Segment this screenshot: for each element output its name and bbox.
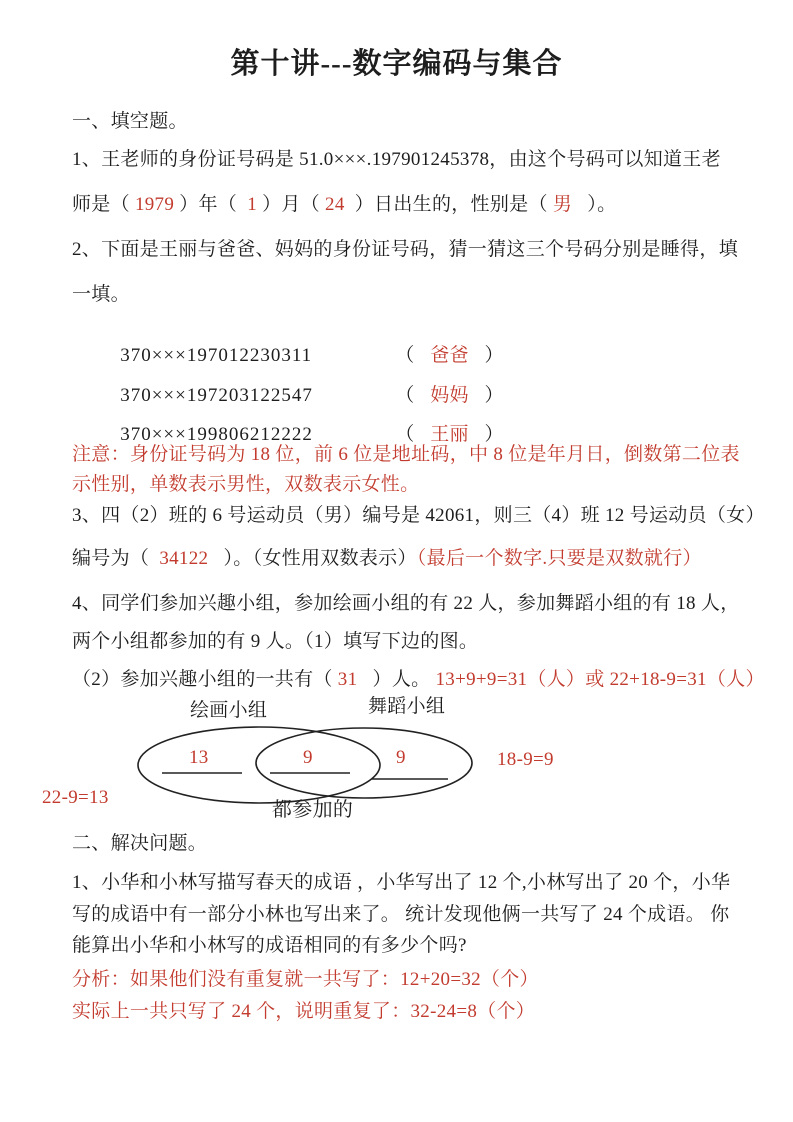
q1-line1: 1、王老师的身份证号码是 51.0×××.197901245378，由这个号码可… (72, 148, 721, 172)
venn-right-formula: 18-9=9 (497, 748, 554, 772)
text-segment: 13+9+9=31（人）或 22+18-9=31（人） (435, 669, 764, 690)
q3-line2-answer-blank: 编号为（ 34122 ）。（女性用双数表示）（最后一个数字.只要是双数就行） (72, 547, 702, 571)
venn-left-group-label: 绘画小组 (190, 699, 267, 723)
analysis-line2: 实际上一共只写了 24 个，说明重复了：32-24=8（个） (72, 1000, 535, 1024)
q4-line3-answer-blank: （2）参加兴趣小组的一共有（ 31 ）人。 13+9+9=31（人）或 22+1… (72, 668, 765, 692)
open-paren: （ (395, 424, 414, 445)
note-line2: 示性别，单数表示男性，双数表示女性。 (72, 473, 419, 497)
text-segment: 31 (338, 669, 358, 690)
worksheet-page: 第十讲---数字编码与集合 一、填空题。 1、王老师的身份证号码是 51.0××… (0, 0, 793, 1122)
text-segment: （2）参加兴趣小组的一共有（ (72, 669, 338, 690)
q4-line2: 两个小组都参加的有 9 人。（1）填写下边的图。 (72, 630, 478, 654)
text-segment: （最后一个数字.只要是双数就行） (417, 548, 702, 569)
q2-line1: 2、下面是王丽与爸爸、妈妈的身份证号码，猜一猜这三个号码分别是睡得，填 (72, 238, 738, 262)
venn-right-value: 9 (396, 746, 406, 770)
venn-left-formula: 22-9=13 (42, 786, 109, 810)
text-segment: ）。（女性用双数表示） (208, 548, 416, 569)
venn-right-ellipse (256, 728, 472, 798)
q1-line2-answer-blanks: 师是（ 1979 ）年（ 1 ）月（ 24 ）日出生的，性别是（ 男 ）。 (72, 193, 616, 217)
text-segment: ）人。 (357, 669, 435, 690)
text-segment: ）年（ (174, 194, 247, 215)
text-segment: ）月（ (257, 194, 325, 215)
text-segment: 1 (247, 194, 257, 215)
text-segment: ）日出生的，性别是（ (345, 194, 553, 215)
text-segment: 师是（ (72, 194, 135, 215)
page-title: 第十讲---数字编码与集合 (0, 52, 793, 76)
text-segment: 34122 (159, 548, 208, 569)
venn-bottom-label: 都参加的 (272, 798, 353, 822)
venn-middle-value: 9 (303, 746, 313, 770)
text-segment: 24 (325, 194, 345, 215)
close-paren: ） (485, 424, 504, 445)
q3-line1: 3、四（2）班的 6 号运动员（男）编号是 42061，则三（4）班 12 号运… (72, 504, 765, 528)
venn-right-group-label: 舞蹈小组 (368, 695, 445, 719)
text-segment: ）。 (572, 194, 616, 215)
analysis-line1: 分析：如果他们没有重复就一共写了：12+20=32（个） (72, 968, 539, 992)
s2-q1-line3: 能算出小华和小林写的成语相同的有多少个吗? (72, 934, 467, 958)
note-line1: 注意：身份证号码为 18 位，前 6 位是地址码，中 8 位是年月日，倒数第二位… (72, 443, 740, 467)
text-segment: 男 (553, 194, 572, 215)
s2-q1-line1: 1、小华和小林写描写春天的成语 ，小华写出了 12 个,小林写出了 20 个，小… (72, 871, 730, 895)
text-segment: 1979 (135, 194, 174, 215)
venn-left-value: 13 (189, 746, 209, 770)
q4-line1: 4、同学们参加兴趣小组，参加绘画小组的有 22 人，参加舞蹈小组的有 18 人， (72, 592, 740, 616)
text-segment: 编号为（ (72, 548, 159, 569)
q2-line2: 一填。 (72, 283, 130, 307)
section2-heading: 二、解决问题。 (72, 832, 207, 856)
s2-q1-line2: 写的成语中有一部分小林也写出来了。 统计发现他俩一共写了 24 个成语。 你 (72, 903, 729, 927)
section1-heading: 一、填空题。 (72, 110, 188, 134)
venn-left-ellipse (138, 727, 380, 803)
